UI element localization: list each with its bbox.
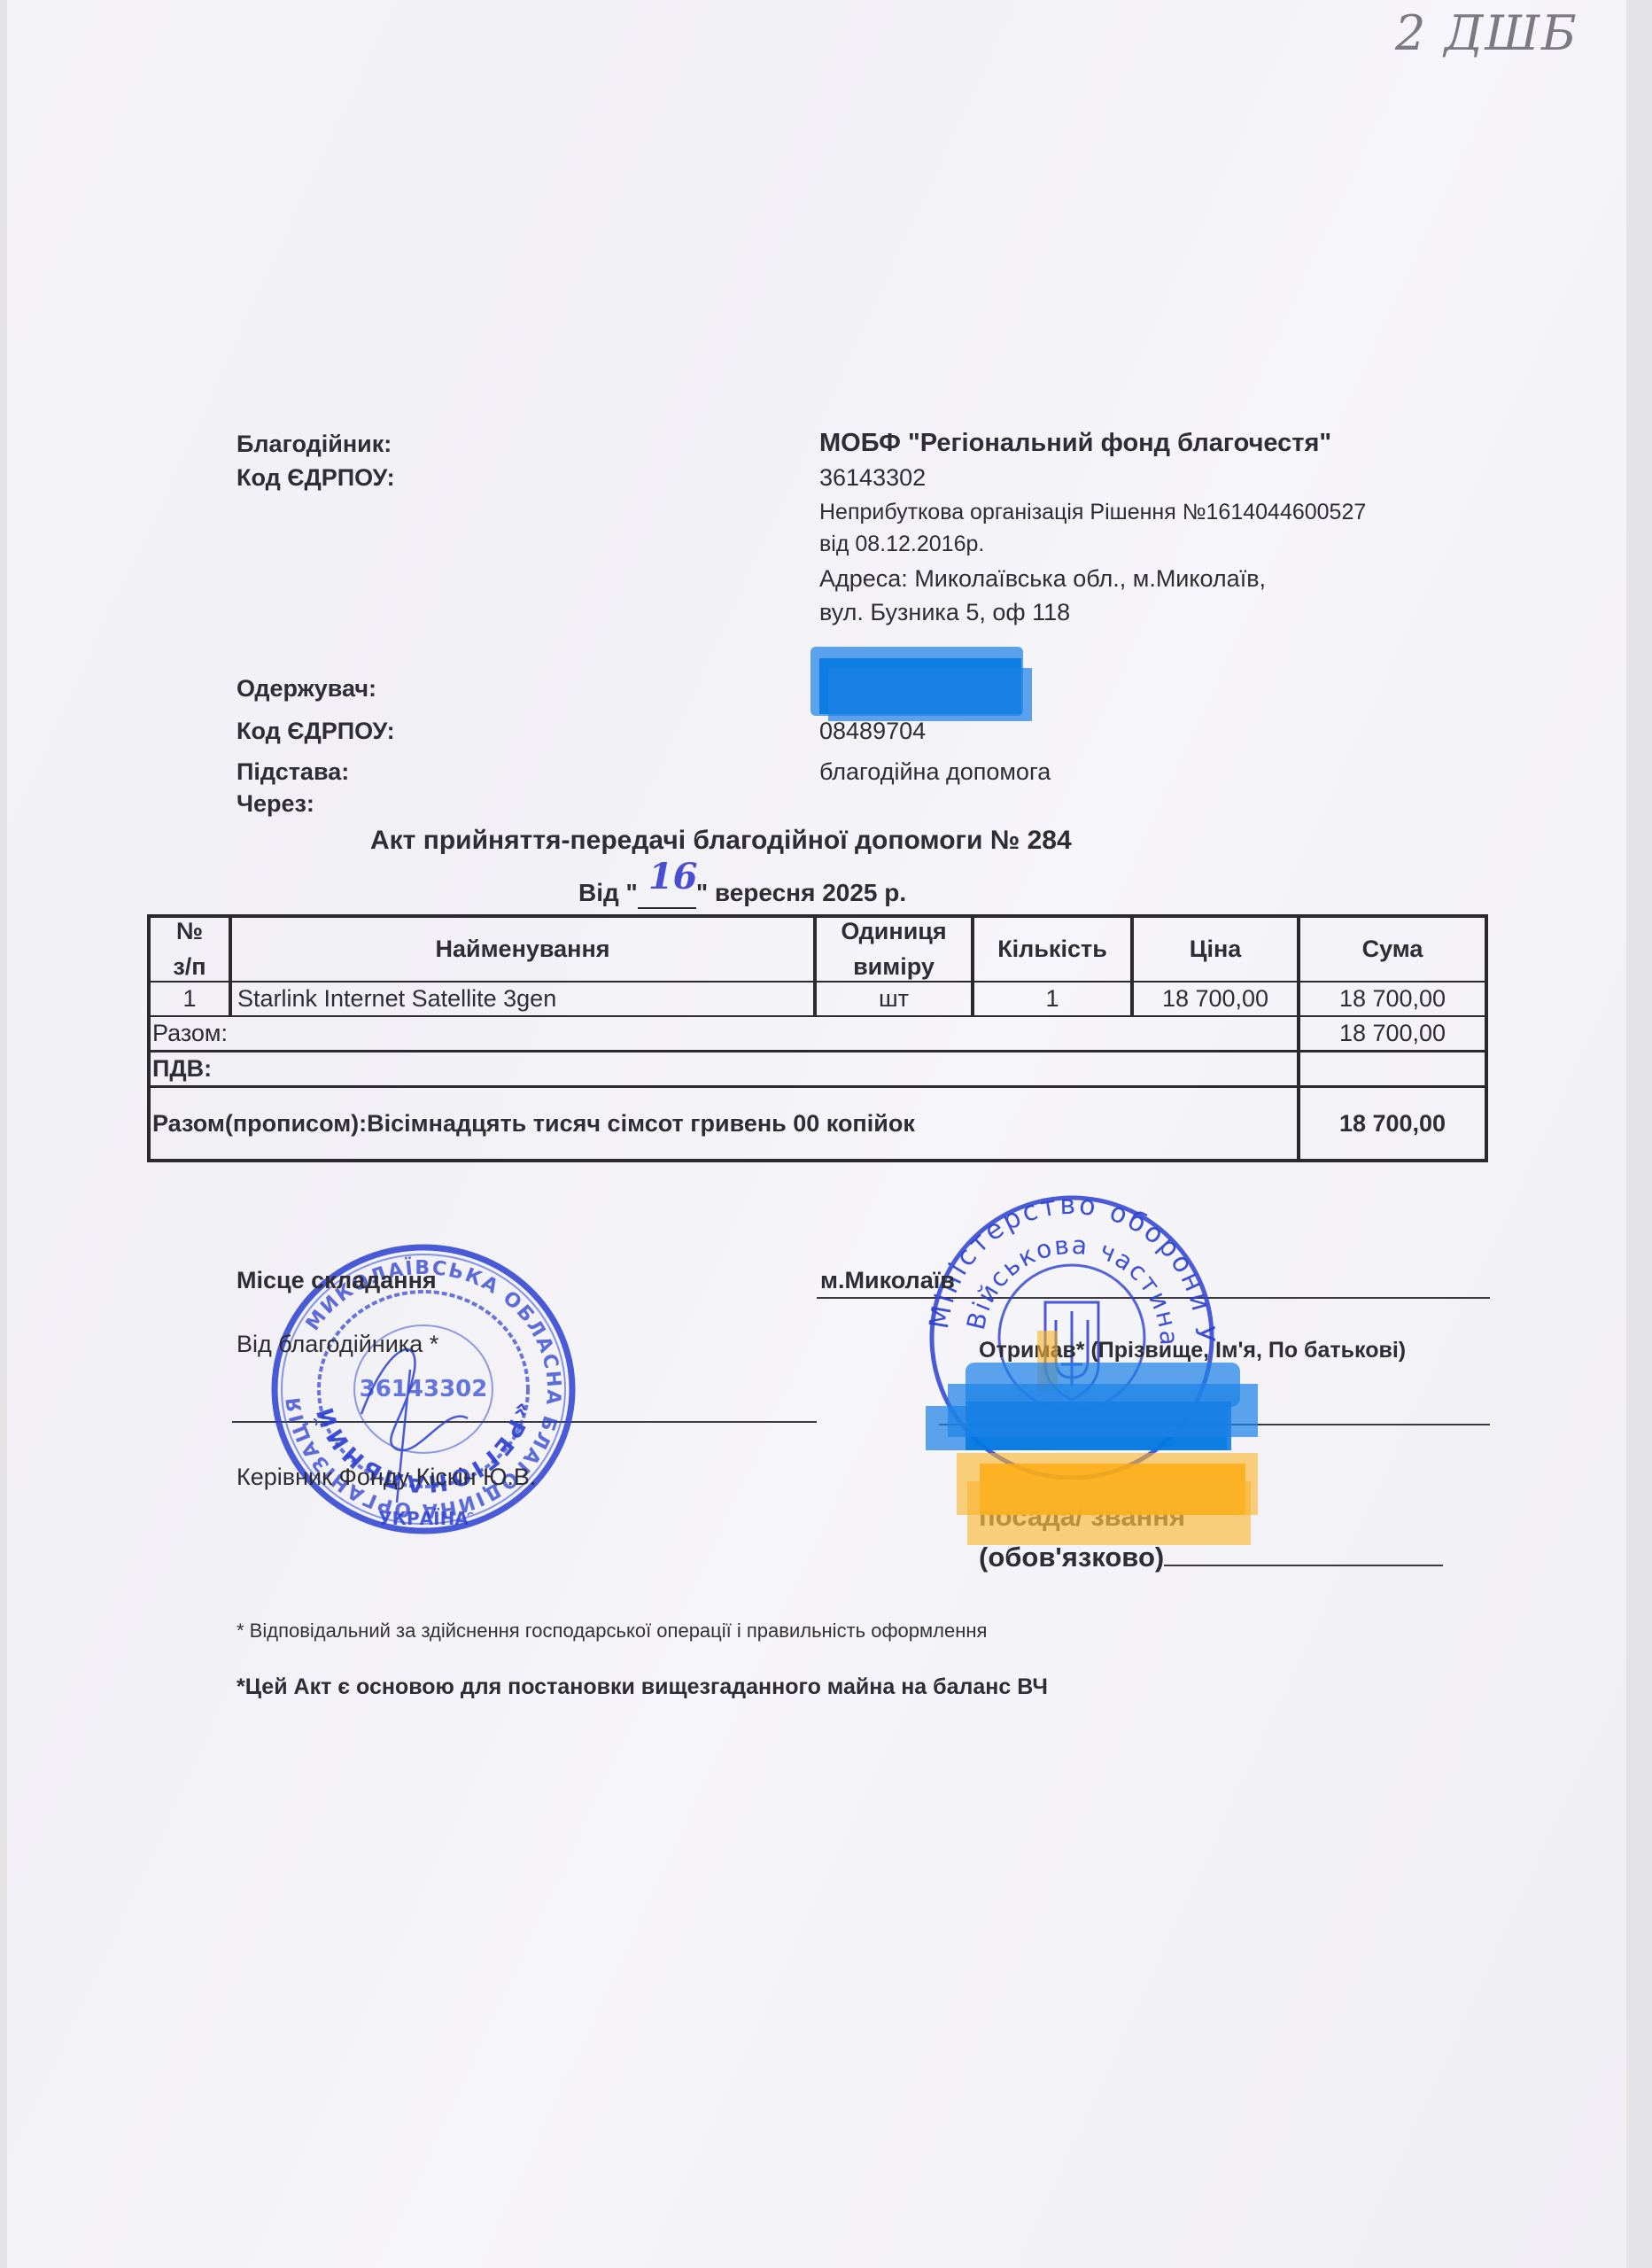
donor-head: Керівник Фонду Кіскін Ю.В. (237, 1464, 536, 1491)
act-date-prefix: Від " (578, 879, 638, 906)
header-sum: Сума (1300, 916, 1485, 981)
via-label: Через: (237, 790, 314, 818)
act-date-day: 16 (648, 856, 698, 897)
donor-value: МОБФ "Регіональний фонд благочестя" (819, 429, 1331, 458)
nonprofit-date: від 08.12.2016р. (819, 532, 984, 557)
handwritten-note: 2 ДШБ (1395, 5, 1578, 61)
vat-label: ПДВ: (149, 1052, 1295, 1085)
donor-label: Благодійник: (237, 431, 392, 458)
place-label: Місце складання (237, 1267, 437, 1294)
basis-label: Підстава: (237, 758, 349, 786)
row-quantity: 1 (974, 983, 1130, 1015)
nonprofit-decision: Неприбуткова організація Рішення №161404… (819, 500, 1366, 525)
vat-value (1300, 1052, 1485, 1085)
header-number: №з/п (151, 916, 229, 981)
act-title: Акт прийняття-передачі благодійної допом… (370, 826, 1072, 856)
footnote-balance: *Цей Акт є основою для постановки вищезг… (237, 1674, 1048, 1700)
basis-value: благодійна допомога (819, 758, 1051, 786)
act-date: Від "16 " вересня 2025 р. (578, 879, 906, 909)
act-date-suffix: " вересня 2025 р. (696, 879, 906, 906)
from-donor-label: Від благодійника * (237, 1331, 438, 1358)
footnote-responsible: * Відповідальний за здійснення господарс… (237, 1619, 987, 1643)
row-sum: 18 700,00 (1300, 983, 1485, 1015)
address-line-2: вул. Бузника 5, оф 118 (819, 599, 1070, 626)
place-value: м.Миколаїв (820, 1267, 955, 1294)
header-name: Найменування (232, 916, 813, 981)
row-number: 1 (151, 983, 229, 1015)
header-quantity: Кількість (974, 916, 1130, 981)
row-name: Starlink Internet Satellite 3gen (232, 983, 813, 1015)
recipient-label: Одержувач: (237, 675, 376, 703)
donor-code-label: Код ЄДРПОУ: (237, 464, 395, 492)
donor-code-value: 36143302 (819, 464, 926, 492)
svg-text:36143302: 36143302 (360, 1376, 488, 1402)
recipient-code-value: 08489704 (819, 718, 926, 745)
header-unit: Одиницявиміру (817, 916, 971, 981)
mandatory-label: (обов'язково) (979, 1542, 1443, 1573)
total-in-words: Разом(прописом):Вісімнадцять тисяч сімсо… (149, 1088, 1295, 1159)
total-label: Разом: (149, 1017, 1295, 1050)
address-line-1: Адреса: Миколаївська обл., м.Миколаїв, (819, 565, 1266, 593)
recipient-code-label: Код ЄДРПОУ: (237, 718, 395, 745)
svg-text:УКРАЇНА: УКРАЇНА (378, 1508, 469, 1529)
total-value: 18 700,00 (1300, 1017, 1485, 1050)
row-unit: шт (817, 983, 971, 1015)
header-price: Ціна (1134, 916, 1297, 981)
total-in-words-value: 18 700,00 (1300, 1088, 1485, 1159)
row-price: 18 700,00 (1134, 983, 1297, 1015)
mandatory-label-text: (обов'язково) (979, 1542, 1164, 1573)
